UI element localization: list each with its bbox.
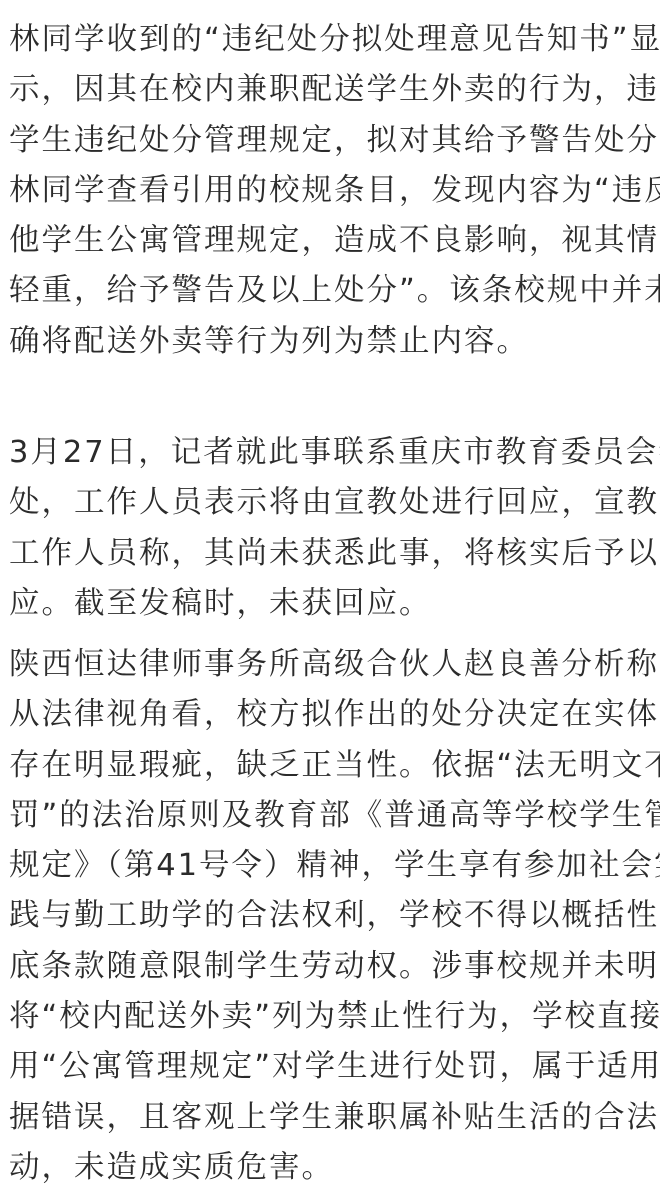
text-line: 规定》（第41号令）精神，学生享有参加社会实 — [9, 841, 660, 891]
text-line: 底条款随意限制学生劳动权。涉事校规并未明确 — [9, 942, 660, 992]
text-line: 动，未造成实质危害。 — [9, 1143, 660, 1192]
text-line: 罚”的法治原则及教育部《普通高等学校学生管理 — [9, 791, 660, 841]
text-line: 践与勤工助学的合法权利，学校不得以概括性兜 — [9, 891, 660, 941]
paragraph-reporter-contact: 3月27日，记者就此事联系重庆市教育委员会学生 处，工作人员表示将由宣教处进行回… — [9, 428, 660, 629]
text-line: 3月27日，记者就此事联系重庆市教育委员会学生 — [9, 428, 660, 478]
text-line: 学生违纪处分管理规定，拟对其给予警告处分。 — [9, 116, 660, 166]
text-line: 陕西恒达律师事务所高级合伙人赵良善分析称， — [9, 640, 660, 690]
paragraph-student-notice: 林同学收到的“违纪处分拟处理意见告知书”显 示，因其在校内兼职配送学生外卖的行为… — [9, 15, 660, 367]
paragraph-lawyer-analysis: 陕西恒达律师事务所高级合伙人赵良善分析称， 从法律视角看，校方拟作出的处分决定在… — [9, 640, 660, 1192]
text-line: 工作人员称，其尚未获悉此事，将核实后予以回 — [9, 529, 660, 579]
text-line: 示，因其在校内兼职配送学生外卖的行为，违反 — [9, 65, 660, 115]
text-line: 处，工作人员表示将由宣教处进行回应，宣教处 — [9, 478, 660, 528]
text-line: 林同学收到的“违纪处分拟处理意见告知书”显 — [9, 15, 660, 65]
text-line: 从法律视角看，校方拟作出的处分决定在实体上 — [9, 690, 660, 740]
text-line: 应。截至发稿时，未获回应。 — [9, 579, 660, 629]
text-line: 林同学查看引用的校规条目，发现内容为“违反其 — [9, 166, 660, 216]
text-line: 他学生公寓管理规定，造成不良影响，视其情节 — [9, 216, 660, 266]
text-line: 存在明显瑕疵，缺乏正当性。依据“法无明文不处 — [9, 741, 660, 791]
text-line: 据错误，且客观上学生兼职属补贴生活的合法劳 — [9, 1093, 660, 1143]
text-line: 将“校内配送外卖”列为禁止性行为，学校直接适 — [9, 992, 660, 1042]
text-line: 轻重，给予警告及以上处分”。该条校规中并未明 — [9, 266, 660, 316]
text-line: 用“公寓管理规定”对学生进行处罚，属于适用依 — [9, 1042, 660, 1092]
text-line: 确将配送外卖等行为列为禁止内容。 — [9, 317, 660, 367]
